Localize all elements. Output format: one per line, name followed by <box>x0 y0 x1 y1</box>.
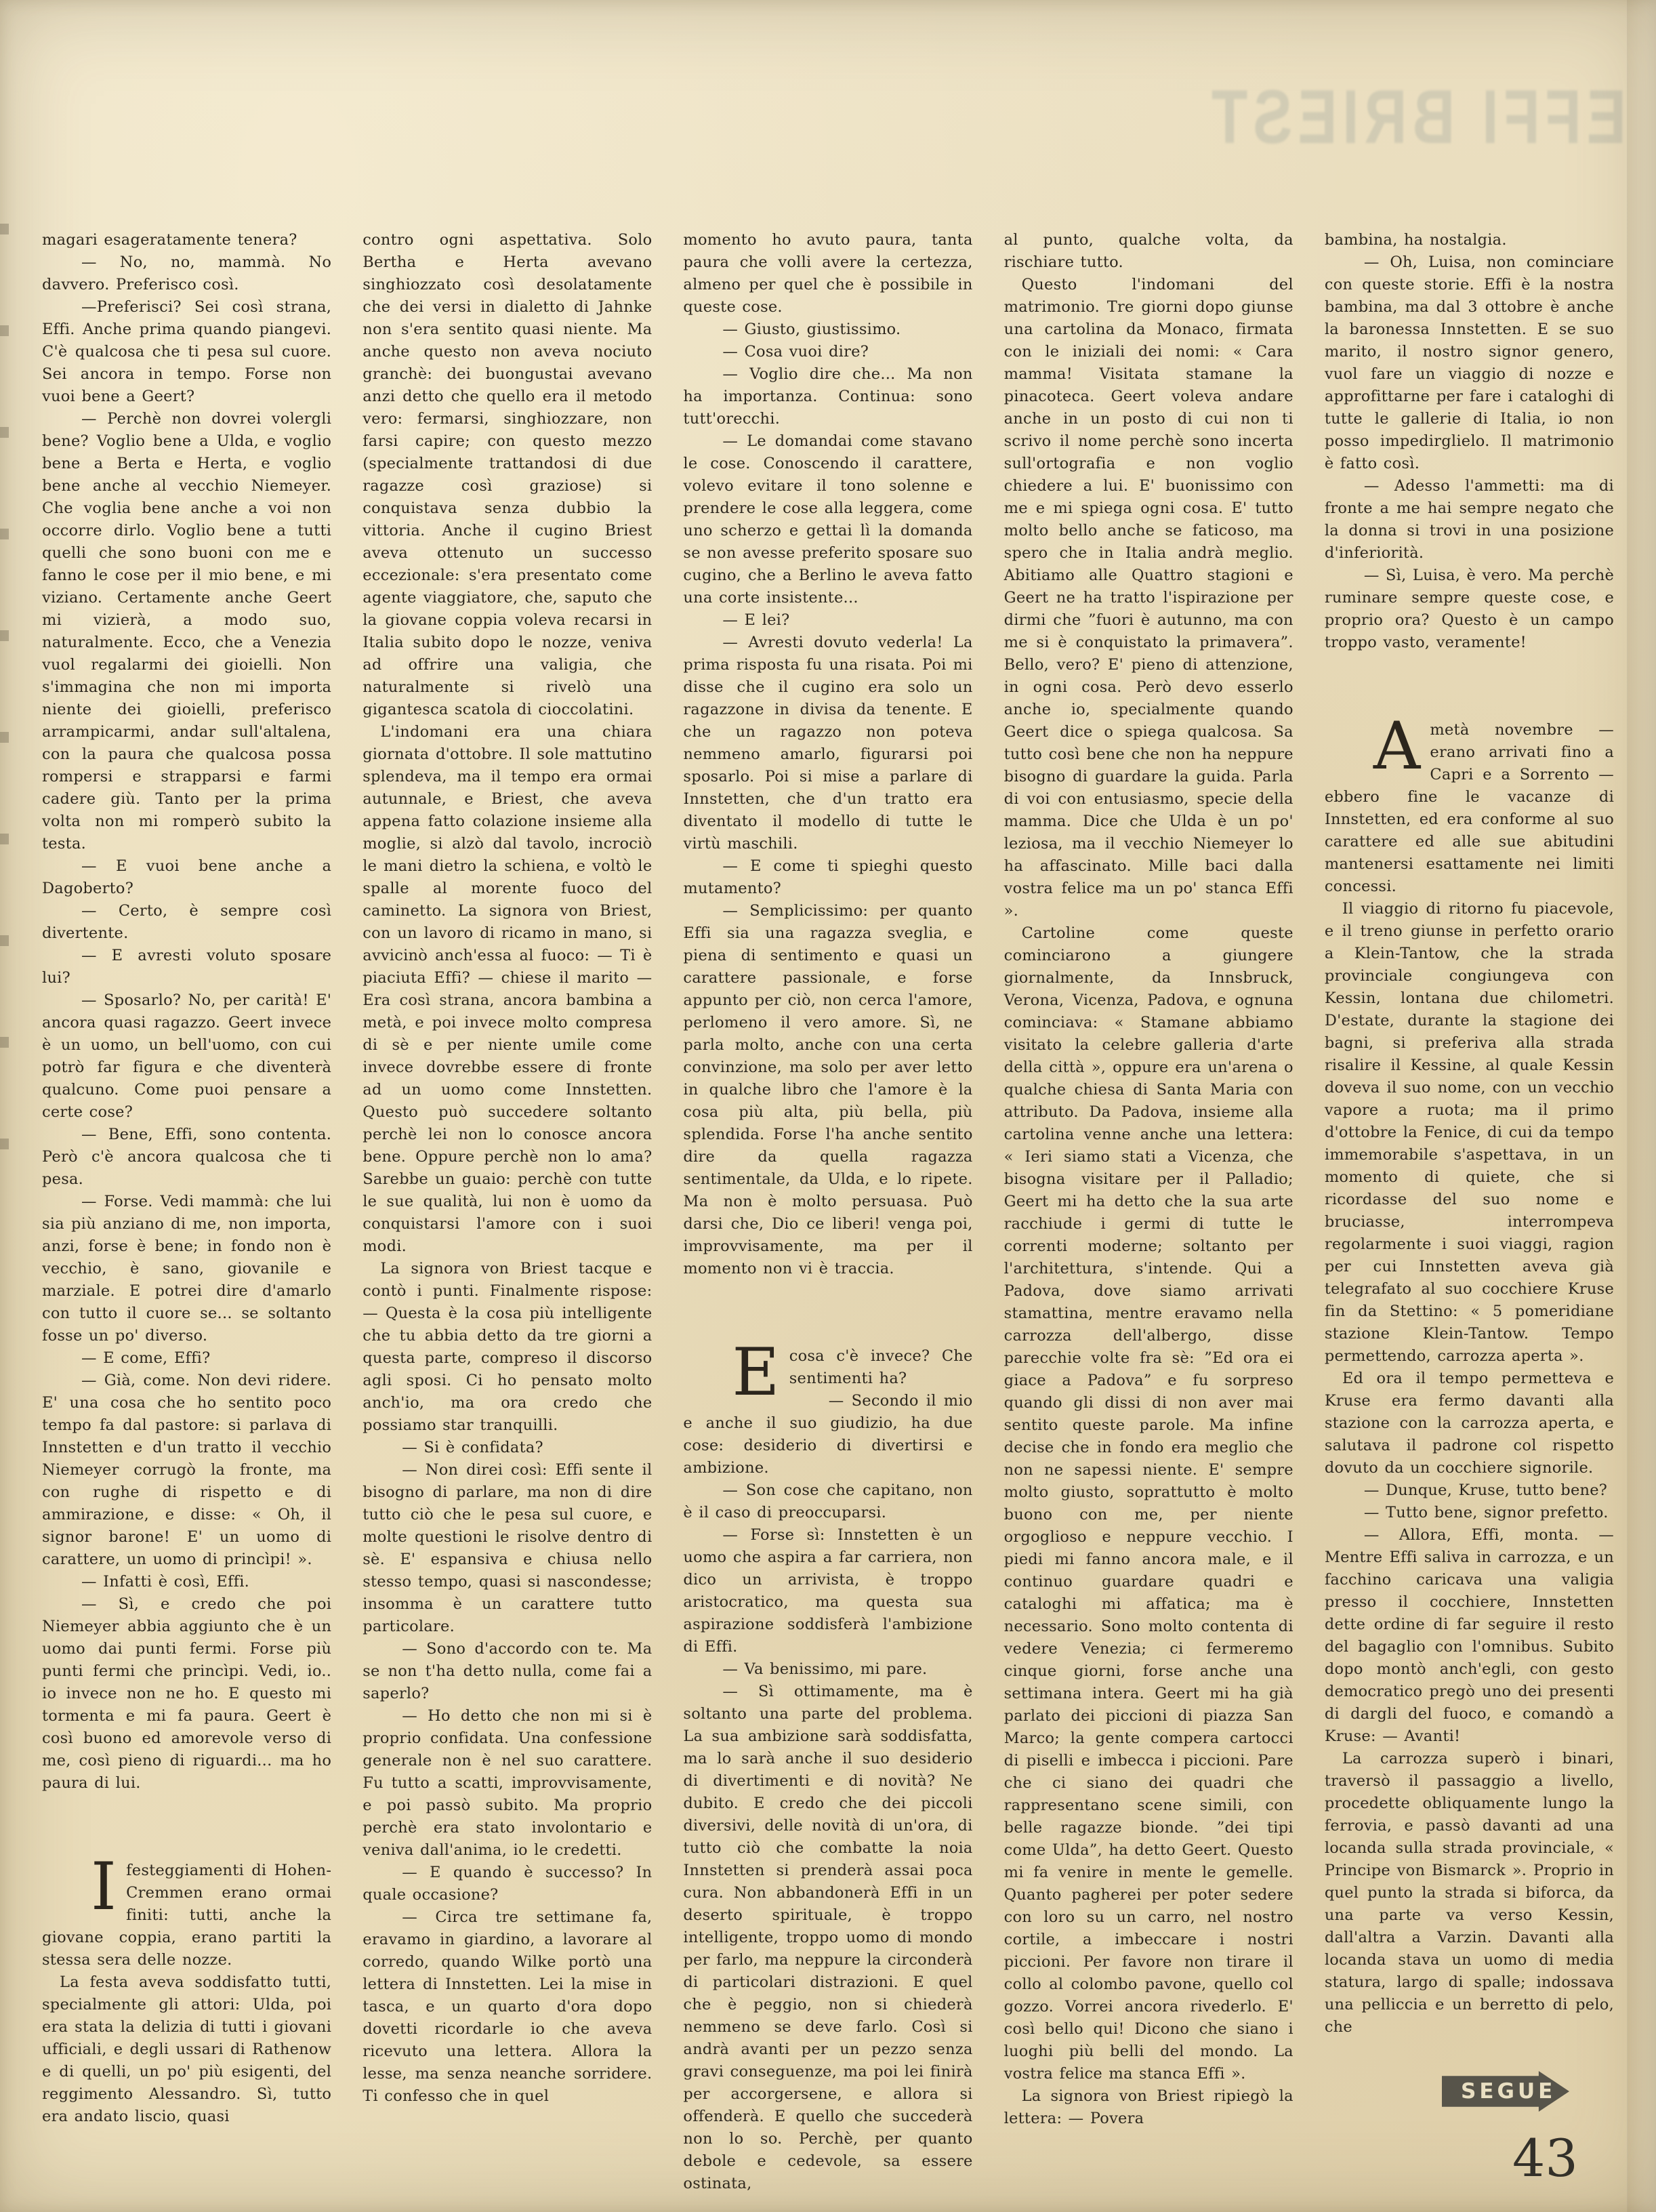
paragraph: Ametà novembre — erano arrivati fino a C… <box>1325 719 1614 898</box>
paragraph: — E avresti voluto sposare lui? <box>42 945 331 989</box>
paragraph: — Infatti è così, Effi. <box>42 1571 331 1593</box>
paragraph: — E lei? <box>683 609 972 632</box>
paragraph: Ed ora il tempo permetteva e Kruse era f… <box>1325 1368 1614 1479</box>
drop-cap: E <box>732 1345 789 1397</box>
paragraph: — E come, Effi? <box>42 1347 331 1370</box>
paragraph: momento ho avuto paura, tanta paura che … <box>683 229 972 319</box>
text-column-3: momento ho avuto paura, tanta paura che … <box>683 229 972 2195</box>
paragraph: — Voglio dire che... Ma non ha importanz… <box>683 363 972 430</box>
paragraph: Cartoline come queste cominciarono a giu… <box>1004 922 1293 2085</box>
paragraph: — Non direi così: Effi sente il bisogno … <box>363 1459 652 1638</box>
paragraph: — E come ti spieghi questo mutamento? <box>683 855 972 900</box>
text-column-2: contro ogni aspettativa. Solo Bertha e H… <box>363 229 652 2195</box>
paragraph: — Sì ottimamente, ma è soltanto una part… <box>683 1681 972 2195</box>
paragraph: — Avresti dovuto vederla! La prima rispo… <box>683 632 972 855</box>
paragraph: — Forse sì: Innstetten è un uomo che asp… <box>683 1524 972 1658</box>
paragraph: — Va benissimo, mi pare. <box>683 1658 972 1681</box>
paragraph: magari esageratamente tenera? <box>42 229 331 251</box>
paragraph: — Le domandai come stavano le cose. Cono… <box>683 430 972 609</box>
paragraph: contro ogni aspettativa. Solo Bertha e H… <box>363 229 652 721</box>
magazine-page: { "page": { "number": "43", "segue_label… <box>0 0 1656 2212</box>
paragraph: — Secondo il mio e anche il suo giudizio… <box>683 1390 972 1479</box>
paragraph: — Circa tre settimane fa, eravamo in gia… <box>363 1906 652 2108</box>
paragraph: La festa aveva soddisfatto tutti, specia… <box>42 1971 331 2128</box>
paragraph: — Oh, Luisa, non cominciare con queste s… <box>1325 251 1614 475</box>
paragraph: — Cosa vuoi dire? <box>683 341 972 363</box>
page-number: 43 <box>1512 2128 1578 2188</box>
drop-cap: I <box>91 1860 126 1911</box>
paragraph: — Dunque, Kruse, tutto bene? <box>1325 1479 1614 1502</box>
page-right-edge <box>1627 0 1656 2212</box>
paragraph: — Son cose che capitano, non è il caso d… <box>683 1479 972 1524</box>
scan-edge-artifacts <box>0 224 9 1240</box>
paragraph: Il viaggio di ritorno fu piacevole, e il… <box>1325 898 1614 1368</box>
paragraph: La carrozza superò i binari, traversò il… <box>1325 1748 1614 2039</box>
paragraph: Ecosa c'è invece? Che sentimenti ha? <box>683 1345 972 1390</box>
ghost-title-showthrough: EFFI BRIEST <box>1205 73 1628 161</box>
paragraph: — Sposarlo? No, per carità! E' ancora qu… <box>42 989 331 1124</box>
paragraph: — Ho detto che non mi si è proprio confi… <box>363 1705 652 1862</box>
paragraph: La signora von Briest ripiegò la lettera… <box>1004 2085 1293 2130</box>
paragraph: L'indomani era una chiara giornata d'ott… <box>363 721 652 1258</box>
paragraph: Questo l'indomani del matrimonio. Tre gi… <box>1004 274 1293 922</box>
paragraph: Ifesteggiamenti di Hohen-Cremmen erano o… <box>42 1860 331 1971</box>
paragraph: — E vuoi bene anche a Dagoberto? <box>42 855 331 900</box>
paragraph: — Perchè non dovrei volergli bene? Vogli… <box>42 408 331 855</box>
text-columns: magari esageratamente tenera?— No, no, m… <box>42 229 1614 2195</box>
text-column-4: al punto, qualche volta, da rischiare tu… <box>1004 229 1293 2195</box>
paragraph-text: cosa c'è invece? Che sentimenti ha? <box>789 1347 973 1387</box>
paragraph: — Sì, Luisa, è vero. Ma perchè ruminare … <box>1325 565 1614 654</box>
paragraph: al punto, qualche volta, da rischiare tu… <box>1004 229 1293 274</box>
paragraph-text: festeggiamenti di Hohen-Cremmen erano or… <box>42 1862 331 1969</box>
paragraph: — Allora, Effi, monta. — Mentre Effi sal… <box>1325 1524 1614 1748</box>
paragraph: — Bene, Effi, sono contenta. Però c'è an… <box>42 1124 331 1191</box>
paragraph-text: metà novembre — erano arrivati fino a Ca… <box>1325 721 1614 895</box>
text-column-5: bambina, ha nostalgia.— Oh, Luisa, non c… <box>1325 229 1614 2195</box>
text-column-1: magari esageratamente tenera?— No, no, m… <box>42 229 331 2195</box>
paragraph: — Si è confidata? <box>363 1437 652 1459</box>
paragraph: — E quando è successo? In quale occasion… <box>363 1862 652 1906</box>
paragraph: — Certo, è sempre così divertente. <box>42 900 331 945</box>
paragraph: — Giusto, giustissimo. <box>683 319 972 341</box>
paragraph: — Tutto bene, signor prefetto. <box>1325 1502 1614 1524</box>
paragraph: bambina, ha nostalgia. <box>1325 229 1614 251</box>
paragraph: — No, no, mammà. No davvero. Preferisco … <box>42 251 331 296</box>
paragraph: — Sono d'accordo con te. Ma se non t'ha … <box>363 1638 652 1705</box>
paragraph: — Già, come. Non devi ridere. E' una cos… <box>42 1370 331 1571</box>
paragraph: — Forse. Vedi mammà: che lui sia più anz… <box>42 1191 331 1347</box>
segue-label: SEGUE <box>1461 2079 1556 2104</box>
paragraph: — Adesso l'ammetti: ma di fronte a me ha… <box>1325 475 1614 565</box>
paragraph: — Semplicissimo: per quanto Effi sia una… <box>683 900 972 1280</box>
paragraph: — Sì, e credo che poi Niemeyer abbia agg… <box>42 1593 331 1795</box>
paragraph: —Preferisci? Sei così strana, Effi. Anch… <box>42 296 331 408</box>
paragraph: La signora von Briest tacque e contò i p… <box>363 1258 652 1437</box>
drop-cap: A <box>1373 719 1430 771</box>
